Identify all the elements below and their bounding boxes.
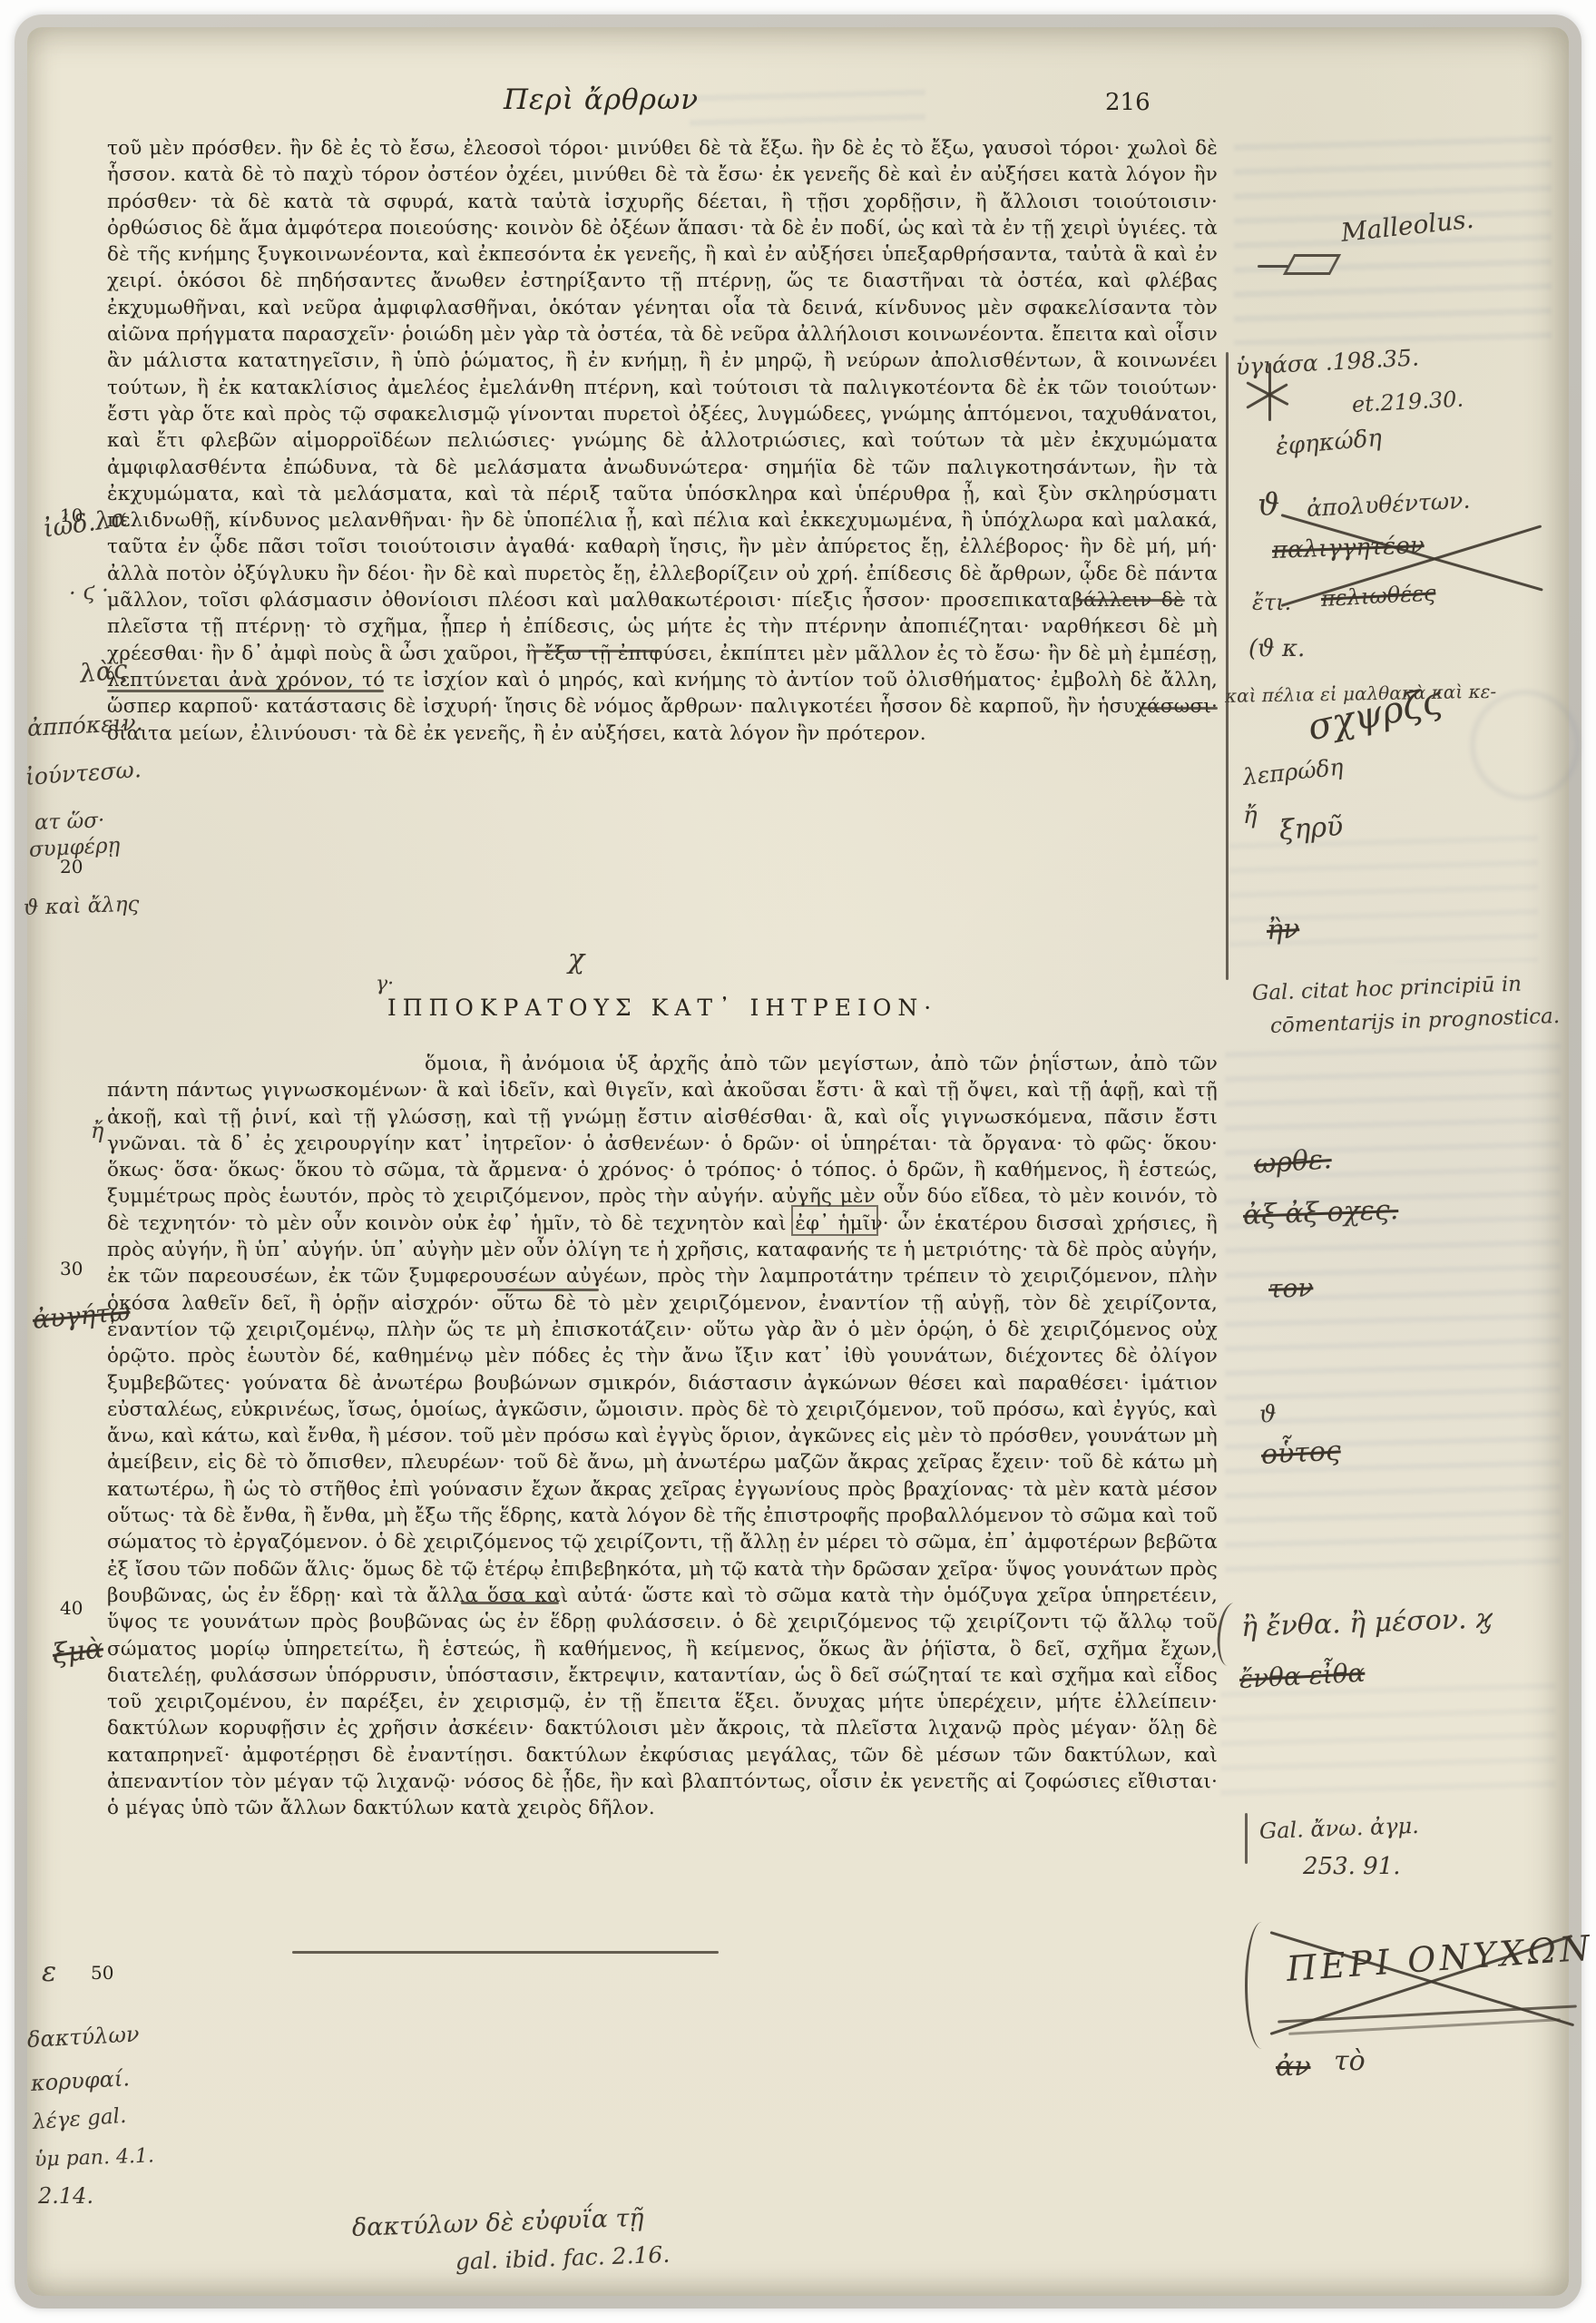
margin-note: (ϑ κ.: [1248, 635, 1305, 662]
section-heading: ΙΠΠΟΚΡΑΤΟΥΣ ΚΑΤ᾽ ΙΗΤΡΕΙΟΝ·: [107, 995, 1218, 1021]
underline-mark: [1076, 599, 1185, 602]
margin-note: τὸ: [1334, 2045, 1366, 2077]
margin-note: ἤ: [1243, 802, 1258, 829]
margin-note-struck: ἀν: [1276, 2051, 1311, 2083]
margin-note: ὑμ pan. 4.1.: [34, 2144, 155, 2171]
margin-note: ϑ: [1259, 1401, 1277, 1428]
margin-note-struck: ξμὰ: [51, 1632, 105, 1671]
margin-note-struck: ἢν: [1266, 913, 1300, 946]
page-number: 216: [1105, 89, 1150, 116]
underline-mark: [497, 1289, 599, 1291]
margin-note: ατ ὥσ·: [34, 809, 105, 835]
margin-note-struck: οὗτος: [1260, 1435, 1341, 1471]
ink-tick: [1245, 1813, 1248, 1864]
margin-note: λὰς: [78, 654, 129, 689]
margin-note: ε: [42, 1956, 56, 1988]
margin-note: · ϛ ·: [68, 577, 110, 606]
bleedthrough-stamp: [1470, 690, 1581, 800]
margin-note: συμφέρῃ: [28, 834, 121, 862]
line-number-30: 30: [60, 1258, 83, 1279]
running-header: Περὶ ἄρθρων: [504, 83, 699, 116]
underline-mark: [107, 690, 384, 692]
margin-scrawl-struck: ἀξ ἀξ οχες.: [1242, 1194, 1398, 1231]
margin-note: ϑ: [1258, 486, 1279, 523]
underline-mark: [1141, 707, 1218, 710]
ink-vertical-rule: [1226, 352, 1229, 980]
margin-note: χ: [568, 944, 584, 975]
body-paragraph-2: ὅμοια, ἢ ἀνόμοια ὑξ ἀρχῆς ἀπὸ τῶν μεγίστ…: [107, 1051, 1218, 2221]
body-paragraph-1: τοῦ μὲν πρόσθεν. ἢν δὲ ἐς τὸ ἔσω, ἐλεοσο…: [107, 135, 1218, 956]
underline-mark: [534, 650, 661, 652]
galen-reference-note: 253. 91.: [1303, 1853, 1401, 1880]
underline-mark: [292, 1951, 719, 1954]
line-number-40: 40: [60, 1597, 83, 1619]
margin-note: ϑ καὶ ἄλης: [24, 893, 140, 920]
margin-note: γ·: [376, 973, 394, 995]
margin-scrawl-struck: ωρθε.: [1253, 1143, 1333, 1181]
margin-note: κορυφαί.: [30, 2065, 130, 2096]
underline-mark: [461, 1602, 559, 1604]
line-number-50: 50: [91, 1962, 113, 1984]
paren-mark: [1245, 1922, 1273, 2049]
margin-note-struck: τον: [1268, 1272, 1313, 1304]
margin-note: ἤ: [91, 1118, 103, 1143]
margin-note: 2.14.: [38, 2183, 93, 2209]
box-mark: [791, 1205, 878, 1236]
collation-flag-mark: [1258, 265, 1288, 268]
margin-note: ξηρῦ: [1278, 810, 1345, 847]
book-page-scan: Περὶ ἄρθρων 216 τοῦ μὲν πρόσθεν. ἢν δὲ ἐ…: [0, 0, 1596, 2323]
